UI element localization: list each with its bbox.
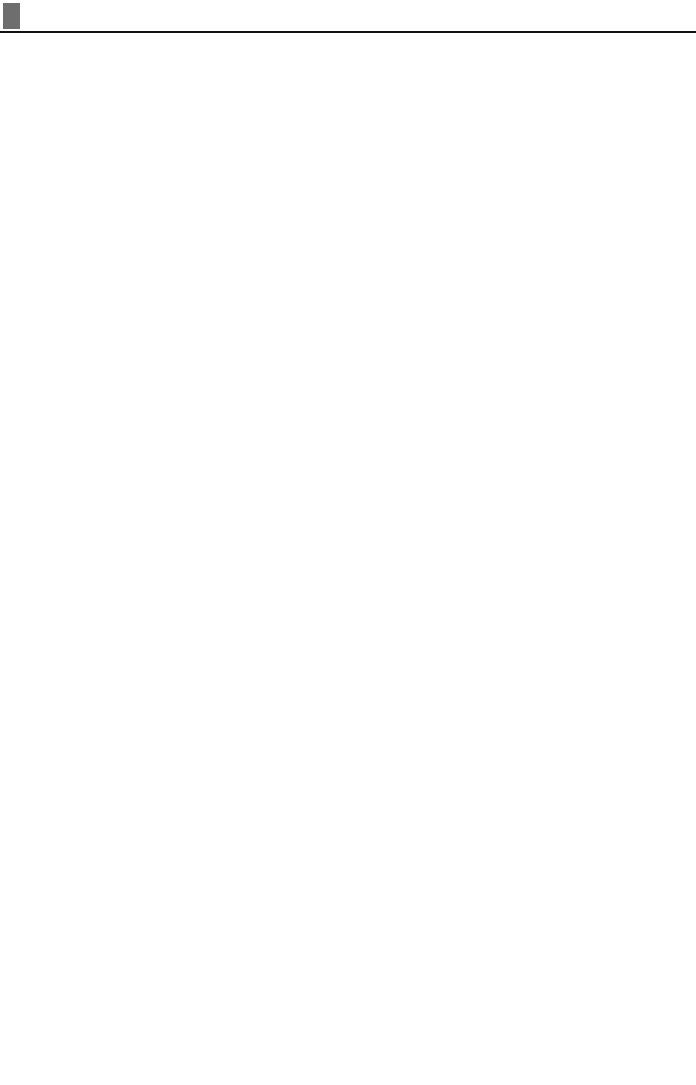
column-1 [3,38,110,1076]
page-number-badge [3,3,20,29]
column-5-wrapper [341,38,447,1076]
masthead [0,0,696,36]
column-2 [117,38,223,1076]
top-rule-divider [0,31,696,33]
column-3 [229,38,335,1076]
